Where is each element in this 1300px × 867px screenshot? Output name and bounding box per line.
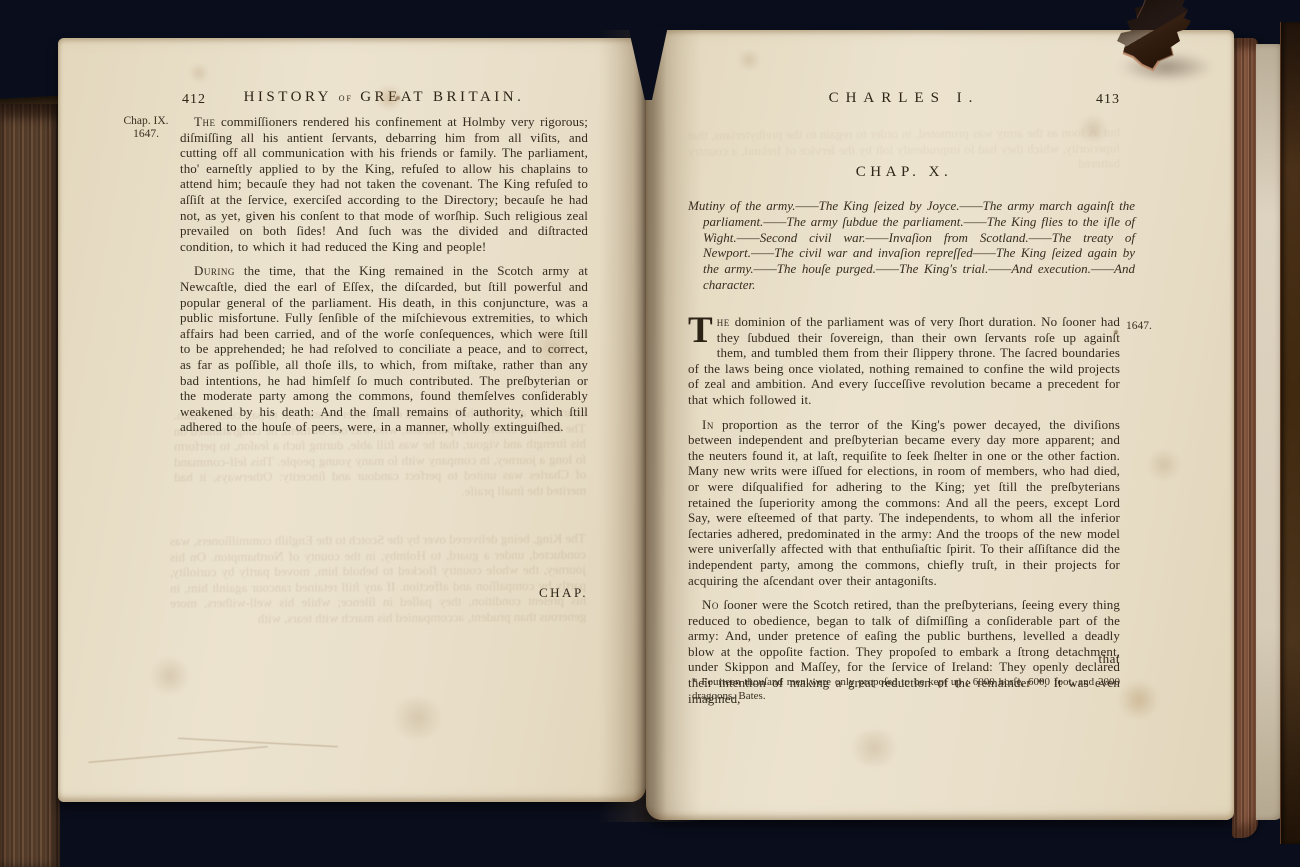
ink-speck — [396, 96, 400, 100]
photo-of-open-book: { "scene": { "background_color": "#0a0e1… — [0, 0, 1300, 867]
paragraph-text: the time, that the King remained in the … — [180, 263, 588, 434]
foxing-stain — [188, 64, 210, 82]
running-title-part1: HISTORY — [244, 89, 332, 105]
paragraph-text: commiſſioners rendered his confinement a… — [180, 114, 588, 254]
paragraph-lead: he — [717, 314, 730, 329]
paragraph-lead: The — [194, 114, 215, 129]
paragraph: In proportion as the terror of the King'… — [688, 417, 1120, 589]
catchword: CHAP. — [180, 585, 588, 601]
margin-note-year: 1647. — [1126, 320, 1172, 333]
leather-cover-right — [1280, 22, 1300, 844]
foxing-stain — [846, 730, 902, 766]
foxing-stain — [1146, 450, 1182, 480]
paragraph: The dominion of the parliament was of ve… — [688, 314, 1120, 408]
foxing-stain — [736, 50, 762, 70]
page-number: 413 — [688, 92, 1120, 108]
left-page: characters, as if they had travelled on … — [58, 38, 646, 802]
foxing-stain — [388, 698, 448, 738]
foxing-stain — [1076, 116, 1110, 142]
running-title-part2: GREAT BRITAIN. — [360, 89, 524, 105]
left-page-fore-edge — [0, 104, 60, 867]
page-crease — [178, 738, 338, 747]
footnote: * Fourteen thouſand men were only propoſ… — [692, 676, 1120, 703]
paragraph-text: proportion as the terror of the King's p… — [688, 417, 1120, 588]
running-title-of: of — [339, 92, 353, 104]
paragraph-lead: No — [702, 597, 719, 612]
ink-speck — [264, 214, 268, 218]
margin-note-line1: Chap. IX. — [116, 115, 176, 128]
catchword: that — [688, 651, 1120, 667]
chapter-heading: CHAP. X. — [688, 164, 1120, 181]
drop-cap: T — [688, 314, 717, 346]
body-text-column: The commiſſioners rendered his confineme… — [180, 114, 588, 444]
foxing-stain — [1116, 682, 1162, 718]
margin-note-chapter: Chap. IX. 1647. — [116, 115, 176, 141]
paragraph-lead: In — [702, 417, 714, 432]
right-page-fore-edge — [1232, 38, 1258, 838]
paragraph: The commiſſioners rendered his confineme… — [180, 114, 588, 254]
footnote-source: Bates. — [735, 690, 766, 702]
foxing-stain — [148, 658, 192, 694]
paragraph-lead: During — [194, 263, 235, 278]
paragraph: During the time, that the King remained … — [180, 263, 588, 435]
margin-note-line2: 1647. — [116, 128, 176, 141]
paragraph-text: dominion of the parliament was of very ſ… — [688, 314, 1120, 407]
right-page: but as ſoon as the army was promoted, in… — [646, 30, 1234, 820]
page-crease — [88, 746, 267, 763]
bleed-through-text: The King, being delivered over by the Sc… — [170, 531, 587, 627]
running-title: HISTORY of GREAT BRITAIN. — [180, 89, 588, 106]
page-clip — [1112, 0, 1214, 84]
ink-speck — [1114, 330, 1118, 334]
chapter-summary: Mutiny of the army.——The King ſeized by … — [688, 198, 1135, 293]
